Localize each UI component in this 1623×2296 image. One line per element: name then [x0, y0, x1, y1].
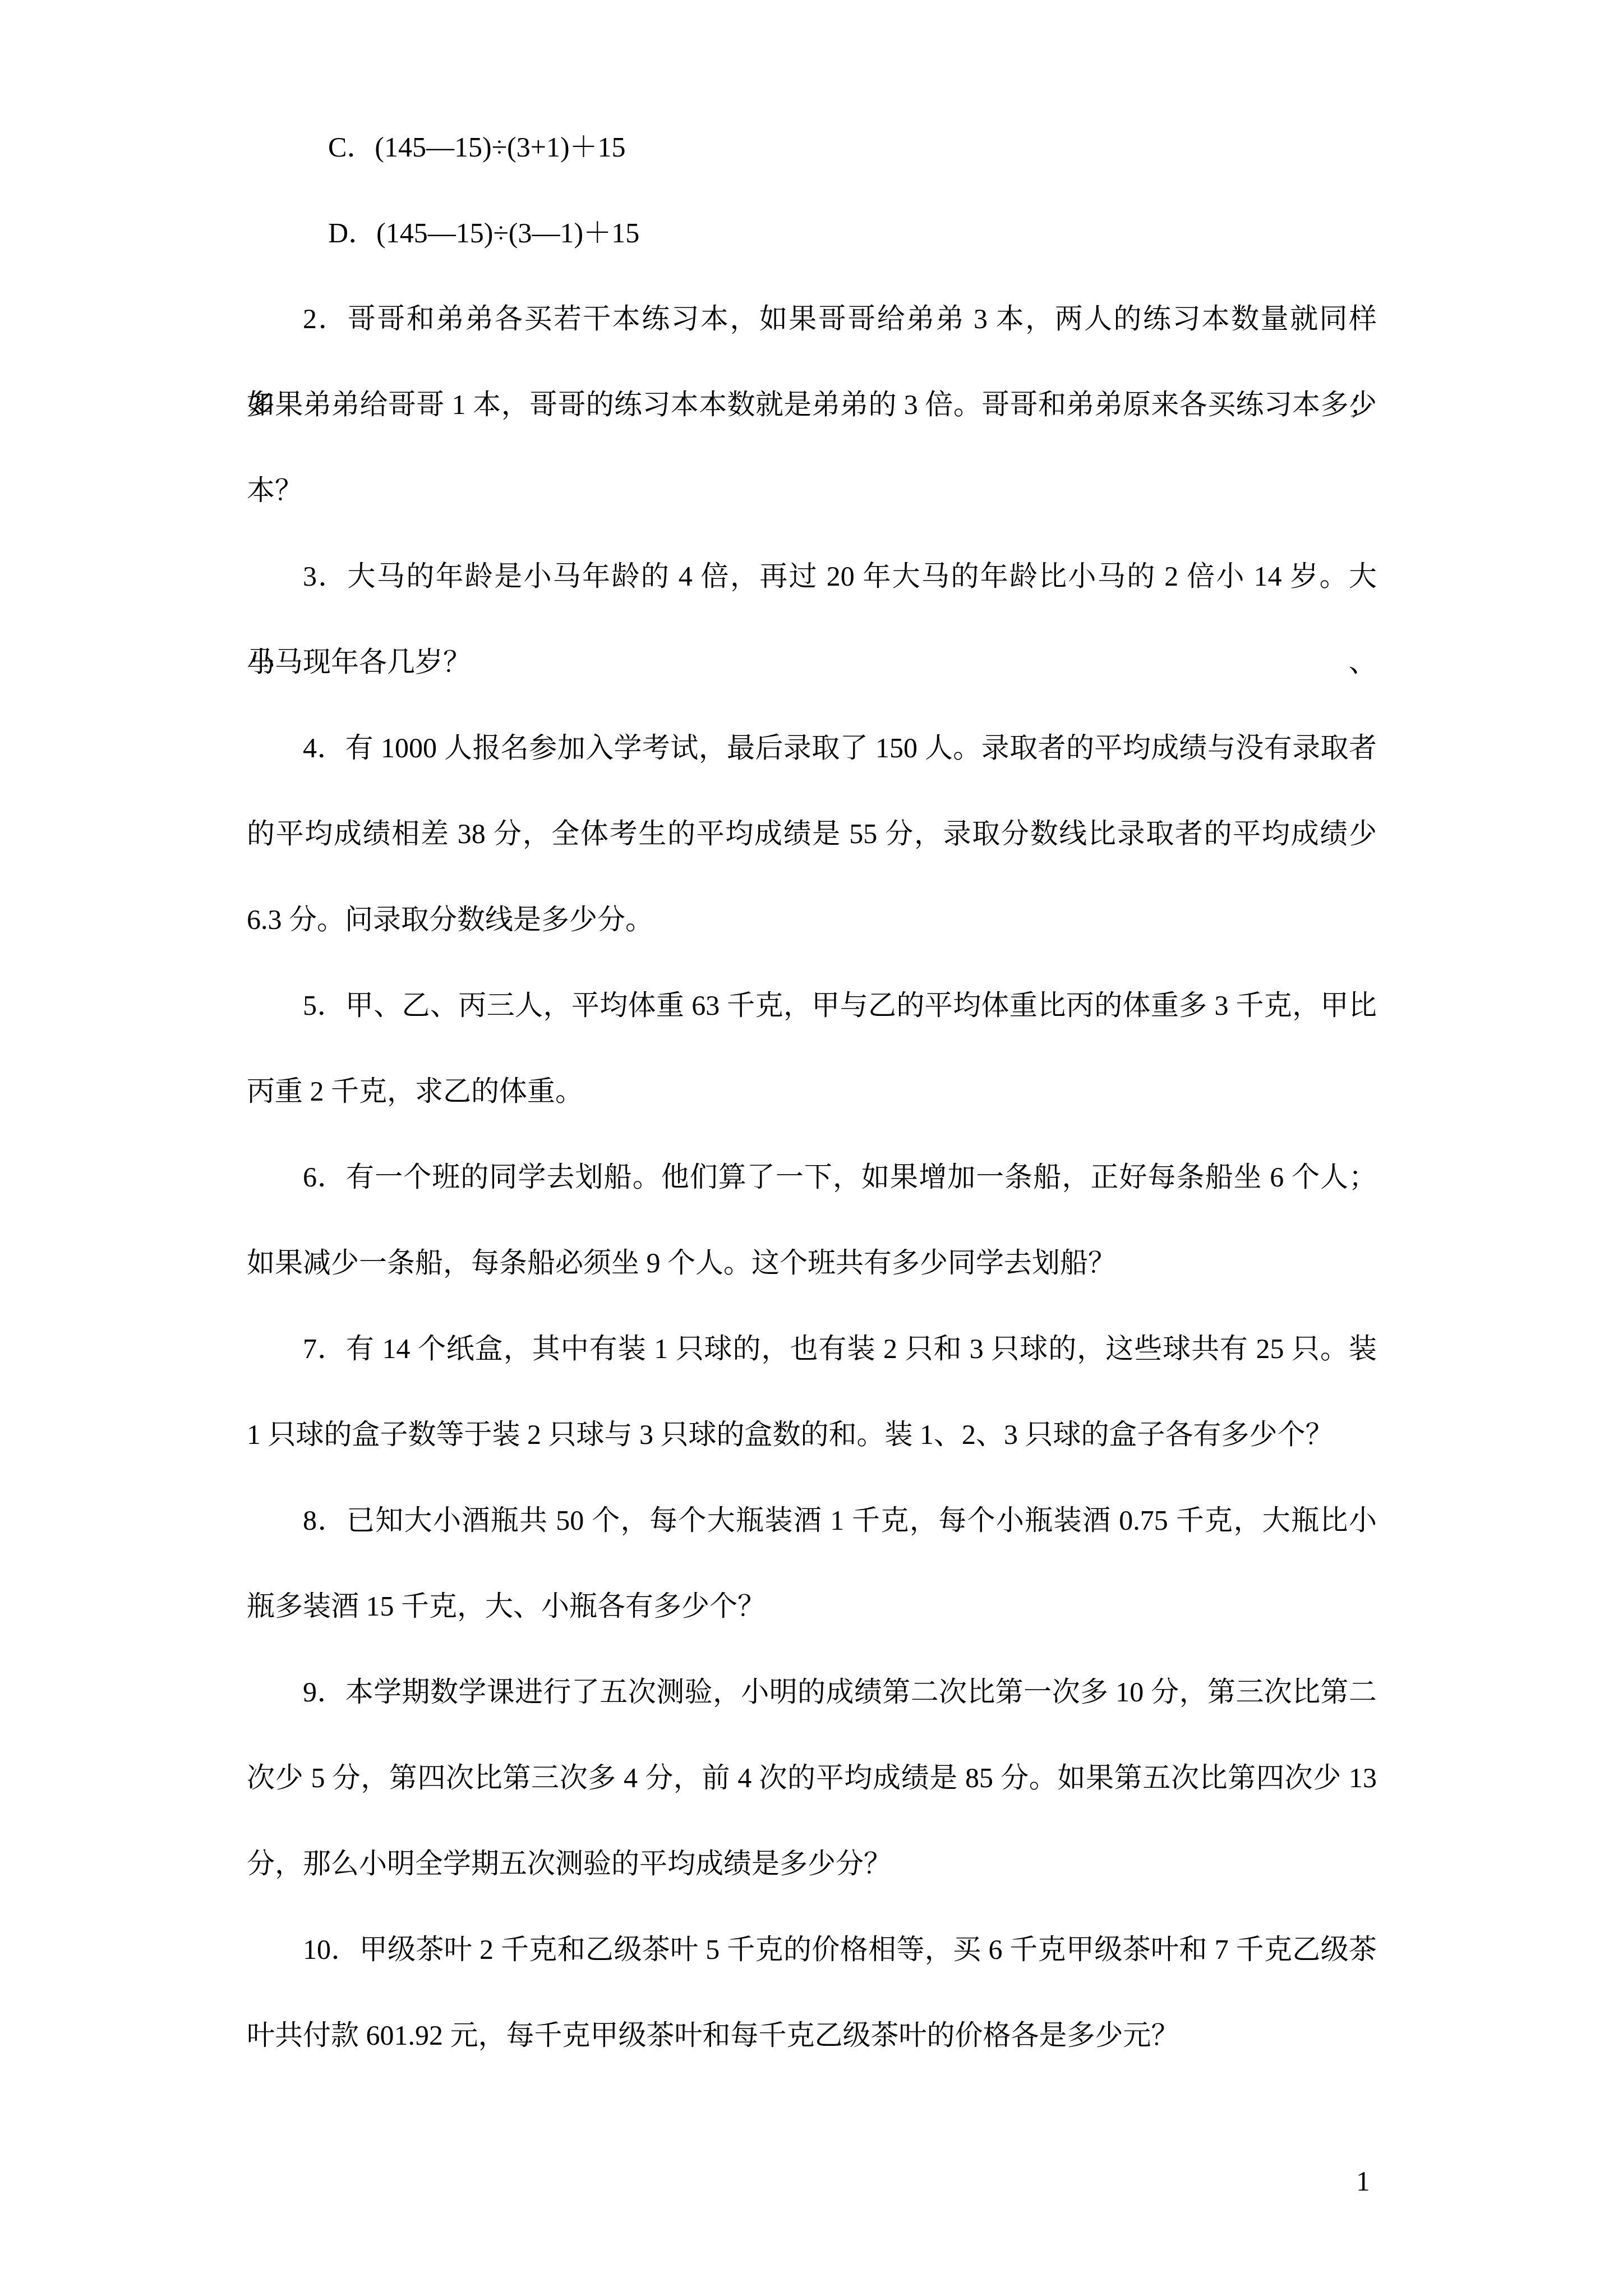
problem-7-line: 7．有 14 个纸盒，其中有装 1 只球的，也有装 2 只和 3 只球的，这些球…	[247, 1306, 1377, 1392]
problem-10-line: 10．甲级茶叶 2 千克和乙级茶叶 5 千克的价格相等，买 6 千克甲级茶叶和 …	[247, 1907, 1377, 1993]
problem-3-line: 3．大马的年龄是小马年龄的 4 倍，再过 20 年大马的年龄比小马的 2 倍小 …	[247, 533, 1377, 619]
problem-10-line: 叶共付款 601.92 元，每千克甲级茶叶和每千克乙级茶叶的价格各是多少元？	[247, 1993, 1377, 2078]
problem-9-line: 9．本学期数学课进行了五次测验，小明的成绩第二次比第一次多 10 分，第三次比第…	[247, 1649, 1377, 1735]
problem-4-line: 6.3 分。问录取分数线是多少分。	[247, 877, 1377, 963]
problem-5-line: 5．甲、乙、丙三人，平均体重 63 千克，甲与乙的平均体重比丙的体重多 3 千克…	[247, 963, 1377, 1048]
problem-7-line: 1 只球的盒子数等于装 2 只球与 3 只球的盒数的和。装 1、2、3 只球的盒…	[247, 1392, 1377, 1478]
problem-2-line: 2．哥哥和弟弟各买若干本练习本，如果哥哥给弟弟 3 本，两人的练习本数量就同样多…	[247, 276, 1377, 362]
answer-option-line: C．(145—15)÷(3+1)＋15	[328, 104, 1377, 190]
problem-4-line: 的平均成绩相差 38 分，全体考生的平均成绩是 55 分，录取分数线比录取者的平…	[247, 791, 1377, 877]
problem-2-line: 本？	[247, 448, 1377, 533]
problem-6-line: 如果减少一条船，每条船必须坐 9 个人。这个班共有多少同学去划船？	[247, 1220, 1377, 1306]
problem-2-line: 如果弟弟给哥哥 1 本，哥哥的练习本本数就是弟弟的 3 倍。哥哥和弟弟原来各买练…	[247, 362, 1377, 448]
problem-9-line: 次少 5 分，第四次比第三次多 4 分，前 4 次的平均成绩是 85 分。如果第…	[247, 1735, 1377, 1821]
answer-option-line: D．(145—15)÷(3—1)＋15	[328, 190, 1377, 276]
problem-8-line: 8．已知大小酒瓶共 50 个，每个大瓶装酒 1 千克，每个小瓶装酒 0.75 千…	[247, 1478, 1377, 1563]
problem-4-line: 4．有 1000 人报名参加入学考试，最后录取了 150 人。录取者的平均成绩与…	[247, 705, 1377, 791]
problem-6-line: 6．有一个班的同学去划船。他们算了一下，如果增加一条船，正好每条船坐 6 个人；	[247, 1134, 1377, 1220]
problem-5-line: 丙重 2 千克，求乙的体重。	[247, 1048, 1377, 1134]
document-page: C．(145—15)÷(3+1)＋15D．(145—15)÷(3—1)＋152．…	[0, 0, 1623, 2296]
problem-9-line: 分，那么小明全学期五次测验的平均成绩是多少分？	[247, 1821, 1377, 1907]
problem-8-line: 瓶多装酒 15 千克，大、小瓶各有多少个？	[247, 1563, 1377, 1649]
page-number: 1	[1356, 2164, 1370, 2198]
document-body: C．(145—15)÷(3+1)＋15D．(145—15)÷(3—1)＋152．…	[247, 104, 1377, 2078]
